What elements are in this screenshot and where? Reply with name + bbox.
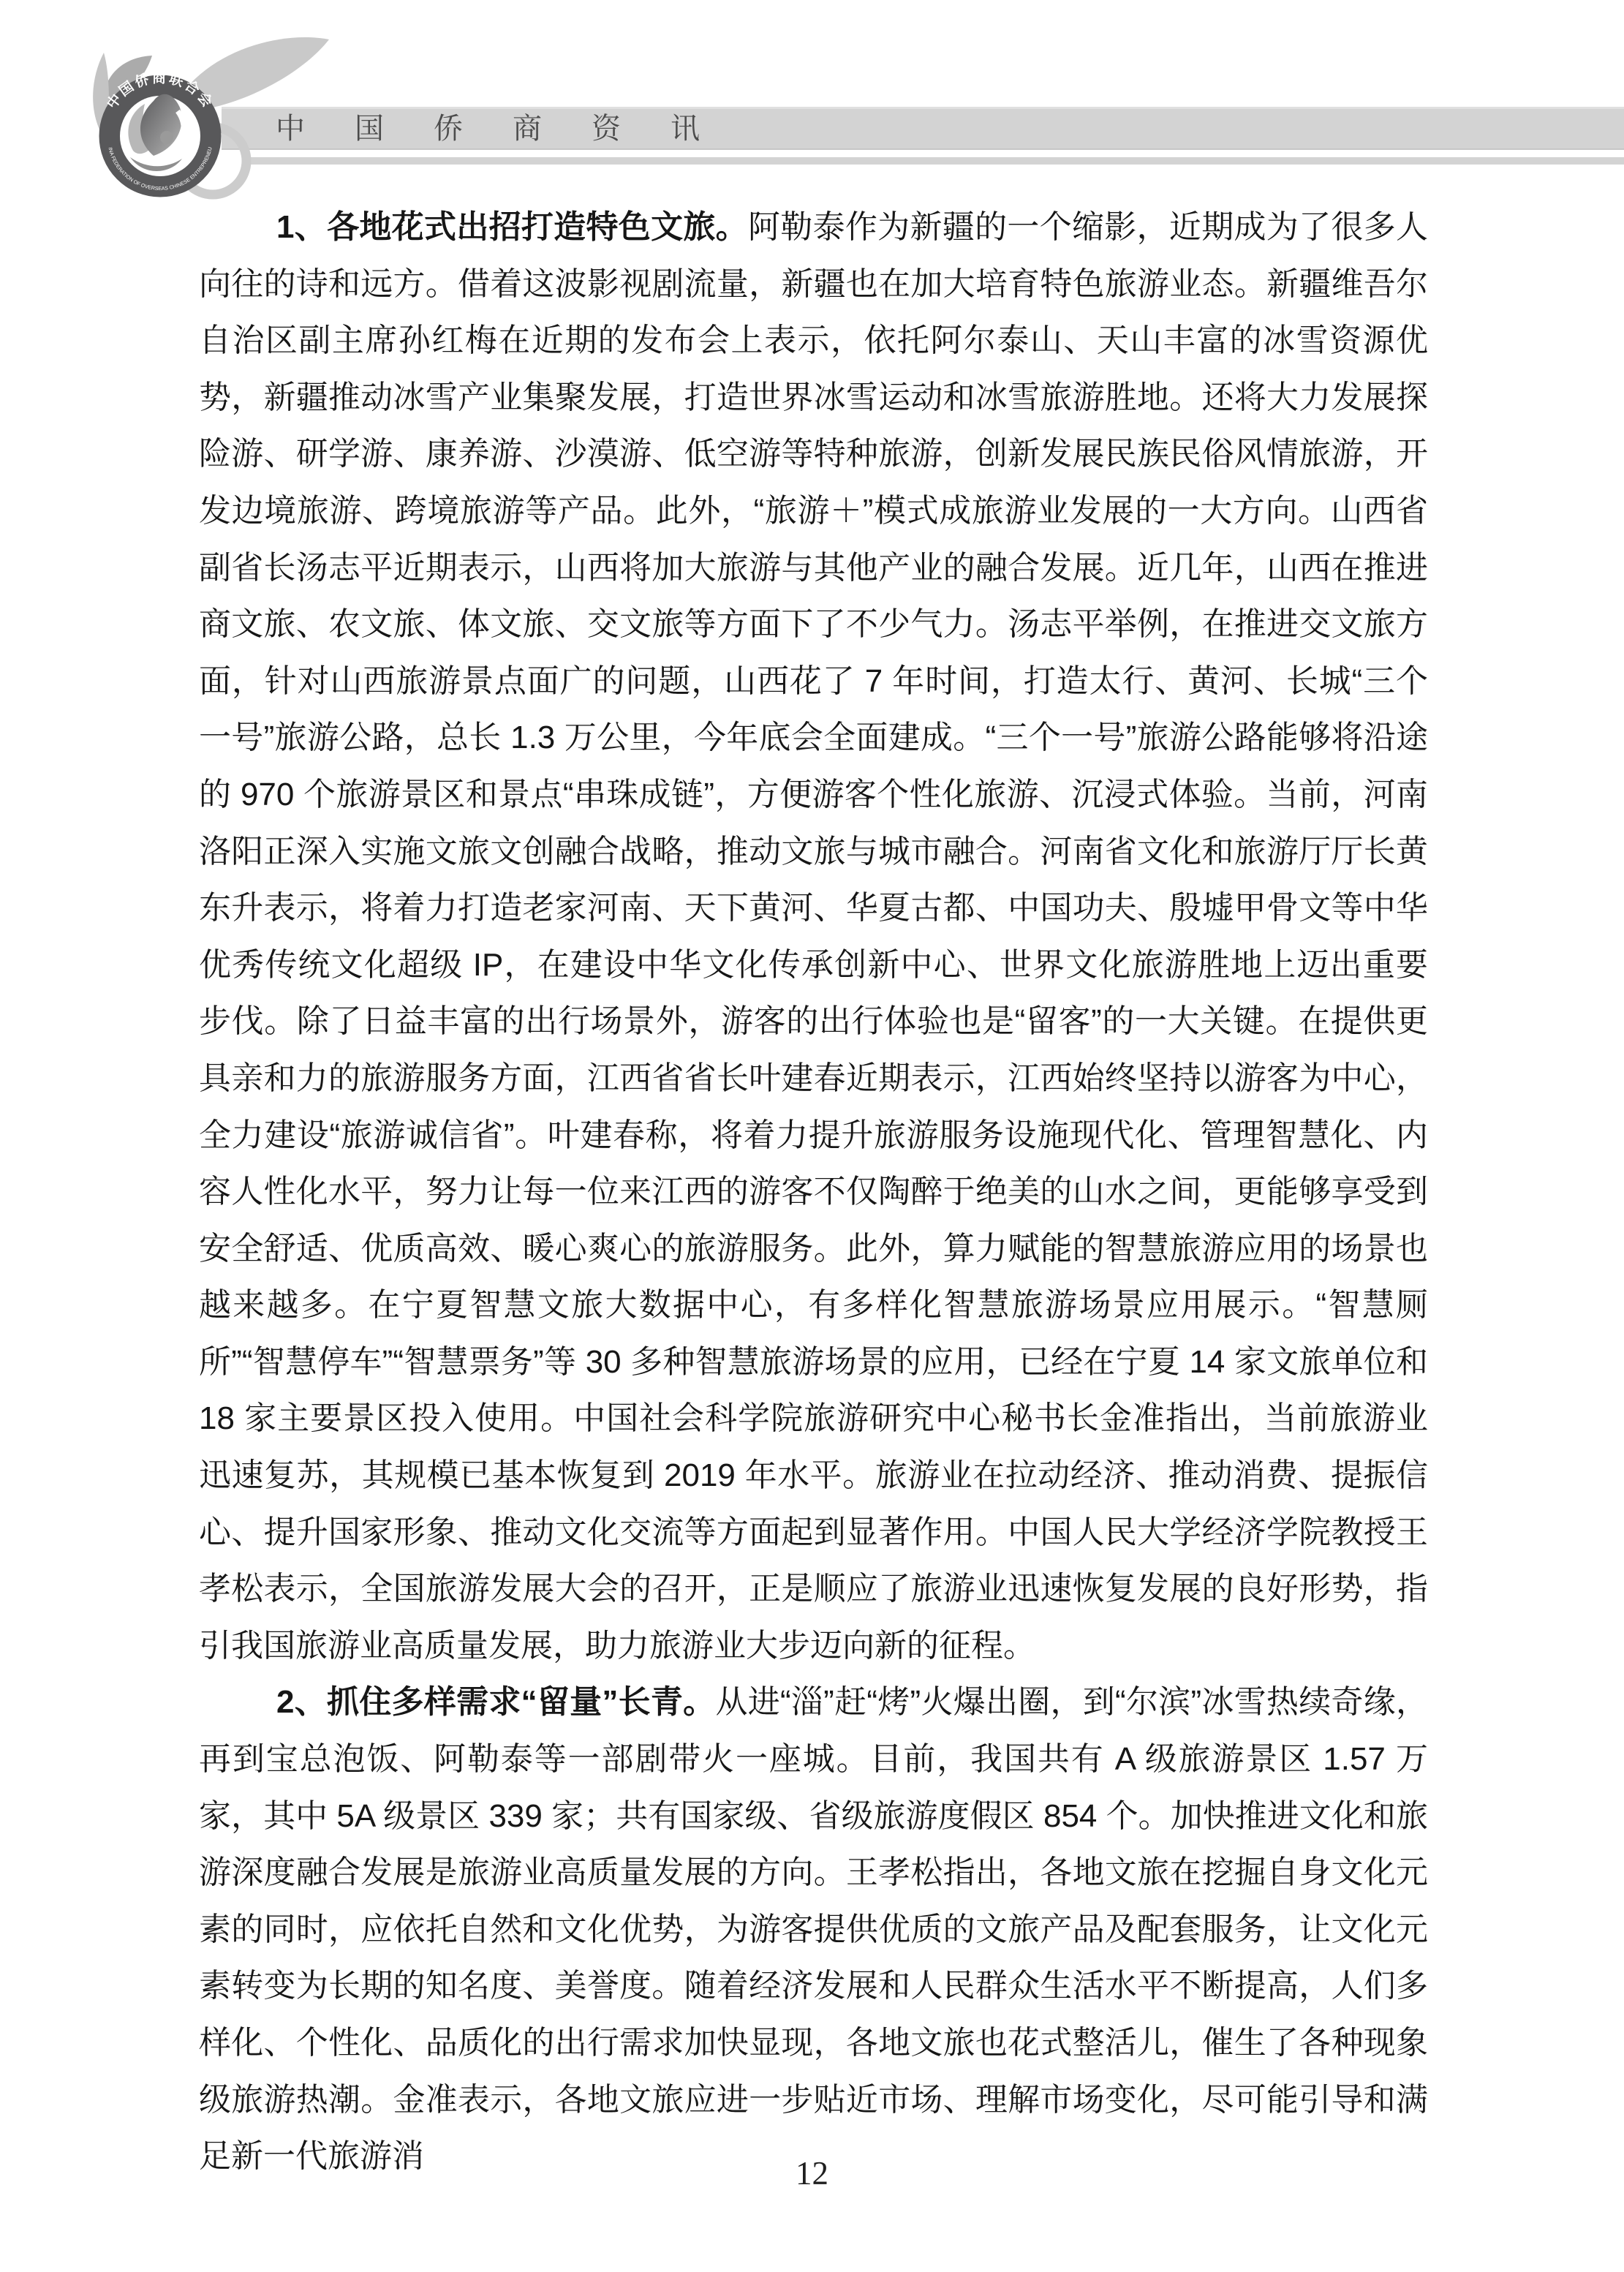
document-page: 中国侨商资讯 中国侨商联合会 [0,0,1624,2272]
paragraph: 1、各地花式出招打造特色文旅。阿勒泰作为新疆的一个缩影，近期成为了很多人向往的诗… [199,199,1428,1674]
paragraph-text: 从进“淄”赶“烤”火爆出圈，到“尔滨”冰雪热续奇缘，再到宝总泡饭、阿勒泰等一部剧… [199,1684,1428,2174]
org-logo: 中国侨商联合会 CHINA FEDERATION OF OVERSEAS CHI… [82,28,338,247]
page-number: 12 [0,2154,1624,2192]
header-band-strip [247,157,1624,165]
header-title: 中国侨商资讯 [276,109,749,148]
paragraph-lead: 1、各地花式出招打造特色文旅。 [276,209,748,245]
paragraph-text: 阿勒泰作为新疆的一个缩影，近期成为了很多人向往的诗和远方。借着这波影视剧流量，新… [199,209,1428,1664]
org-logo-emblem-icon: 中国侨商联合会 CHINA FEDERATION OF OVERSEAS CHI… [82,28,338,247]
paragraph-lead: 2、抓住多样需求“留量”长青。 [276,1684,715,1720]
document-body: 1、各地花式出招打造特色文旅。阿勒泰作为新疆的一个缩影，近期成为了很多人向往的诗… [199,199,1428,2185]
paragraph: 2、抓住多样需求“留量”长青。从进“淄”赶“烤”火爆出圈，到“尔滨”冰雪热续奇缘… [199,1674,1428,2184]
header-band: 中国侨商资讯 [222,107,1624,150]
